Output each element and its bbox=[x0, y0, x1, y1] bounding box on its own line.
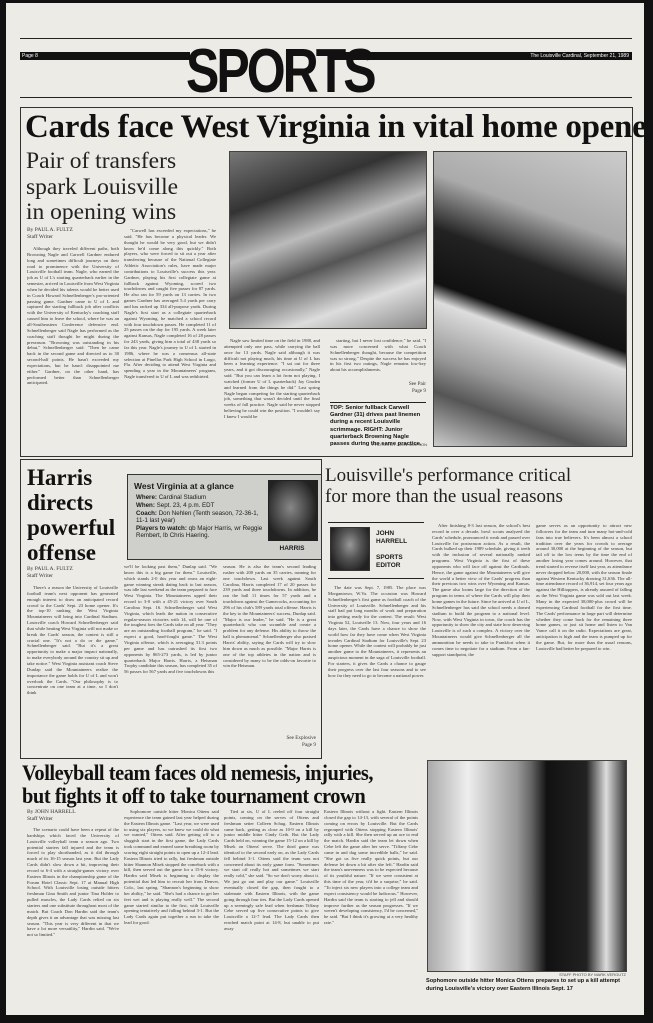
story1-photo-credit: PHOTOS BY JOHN SIMPSON bbox=[351, 442, 427, 447]
glance-title: West Virginia at a glance bbox=[134, 481, 234, 491]
headline-line: powerful bbox=[27, 515, 122, 540]
column-text-2: After finishing 8-3 last season, the sch… bbox=[432, 523, 530, 745]
body-text: There's a reason the University of Louis… bbox=[27, 585, 118, 696]
story3-headline: Volleyball team faces old nemesis, injur… bbox=[22, 761, 373, 807]
west-virginia-at-a-glance-box: West Virginia at a glance Where: Cardina… bbox=[127, 474, 322, 560]
body-text: Although they traveled different paths, … bbox=[27, 246, 119, 386]
story2-column-1: There's a reason the University of Louis… bbox=[27, 585, 118, 753]
story1-column-4: starting, but I never lost confidence," … bbox=[330, 338, 426, 380]
glance-label: Where: bbox=[136, 494, 157, 501]
section-title: SPORTS bbox=[186, 43, 331, 98]
story3-column-3: Tied at six, U of L reeled off four stra… bbox=[224, 809, 319, 1009]
story3-byline: By JOHN HARRELL Staff Writer bbox=[27, 809, 76, 823]
story3-column-4: Eastern Illinois without a fight. Easter… bbox=[324, 809, 418, 1009]
story2-jump: See Explosive Page 9 bbox=[246, 735, 316, 749]
glance-value: Cardinal Stadium bbox=[159, 494, 206, 501]
headline-line: spark Louisville bbox=[26, 175, 178, 201]
body-text: season. He is also the team's second lea… bbox=[223, 564, 316, 669]
headline-line: for more than the usual reasons bbox=[325, 486, 571, 507]
publication-date: The Louisville Cardinal, September 21, 1… bbox=[530, 53, 629, 59]
byline-name: By JOHN HARRELL bbox=[27, 809, 76, 816]
story2-headline: Harris directs powerful offense bbox=[27, 465, 122, 565]
story1-column-3: Nagle saw limited time on the field in 1… bbox=[224, 338, 320, 452]
byline-name: By PAUL A. FULTZ bbox=[27, 227, 73, 234]
column-text-1: The date was Sept. 7, 1985. The place wa… bbox=[328, 585, 426, 745]
body-text: starting, but I never lost confidence," … bbox=[330, 338, 426, 373]
author-box-top-rule bbox=[328, 522, 424, 523]
story1-headline: Pair of transfers spark Louisville in op… bbox=[26, 149, 178, 226]
story1-jump: See Pair Page 9 bbox=[356, 381, 426, 395]
volleyball-match-photo bbox=[427, 760, 627, 972]
jump-line: See Pair bbox=[356, 381, 426, 388]
jump-line: See Explosive bbox=[246, 735, 316, 742]
quarterback-passing-photo bbox=[433, 151, 627, 447]
headline-line: offense bbox=[27, 540, 122, 565]
body-text: The date was Sept. 7, 1985. The place wa… bbox=[328, 585, 426, 679]
author-title: SPORTS EDITOR bbox=[376, 554, 421, 569]
football-scrimmage-photo bbox=[229, 151, 427, 329]
body-text: we'll be looking past them," Dunlap said… bbox=[124, 564, 217, 675]
banner-headline: Cards face West Virginia in vital home o… bbox=[25, 109, 653, 146]
page-label: Page 8 bbox=[22, 53, 38, 59]
glance-label: Players to watch: bbox=[136, 525, 187, 532]
story1-column-1: Although they traveled different paths, … bbox=[27, 246, 119, 452]
story2-column-3: season. He is also the team's second lea… bbox=[223, 564, 316, 734]
story3-column-1: The scenario could have been a repeat of… bbox=[27, 827, 119, 1009]
headline-line: but fights it off to take tournament cro… bbox=[22, 784, 373, 807]
body-text: Sophomore outside hitter Monica Ottens s… bbox=[124, 809, 219, 926]
story1-column-2: "Carwell has exceeded my expectations," … bbox=[124, 228, 216, 452]
story2-column-2: we'll be looking past them," Dunlap said… bbox=[124, 564, 217, 753]
author-name: JOHN HARRELL bbox=[376, 530, 421, 545]
body-text: The scenario could have been a repeat of… bbox=[27, 827, 119, 938]
story3-photo-credit: STAFF PHOTO BY MARK VERGUTZ bbox=[526, 972, 626, 977]
headline-line: Harris bbox=[27, 465, 122, 490]
headline-line: in opening wins bbox=[26, 200, 178, 226]
harrell-headshot bbox=[330, 527, 370, 571]
body-text: Tied at six, U of L reeled off four stra… bbox=[224, 809, 319, 932]
byline-title: Staff Writer bbox=[27, 234, 73, 241]
glance-label: Coach: bbox=[136, 510, 157, 517]
story2-byline: By PAUL A. FULTZ Staff Writer bbox=[27, 566, 73, 580]
headline-line: Louisville's performance critical bbox=[325, 465, 571, 486]
harris-photo-label: HARRIS bbox=[268, 545, 316, 552]
masthead-bar-right: The Louisville Cardinal, September 21, 1… bbox=[328, 52, 632, 60]
glance-when: When: Sept. 23, 4 p.m. EDT bbox=[136, 502, 268, 509]
byline-title: Staff Writer bbox=[27, 816, 76, 823]
headline-line: directs bbox=[27, 490, 122, 515]
newspaper-page: Page 8 SPORTS The Louisville Cardinal, S… bbox=[6, 3, 644, 1015]
byline-title: Staff Writer bbox=[27, 573, 73, 580]
body-text: Nagle saw limited time on the field in 1… bbox=[224, 338, 320, 420]
jump-line: Page 9 bbox=[246, 742, 316, 749]
caption-rule bbox=[330, 402, 426, 403]
headline-line: Volleyball team faces old nemesis, injur… bbox=[22, 761, 373, 784]
story1-byline: By PAUL A. FULTZ Staff Writer bbox=[27, 227, 73, 241]
glance-value: Sept. 23, 4 p.m. EDT bbox=[157, 502, 215, 509]
masthead-bar-left: Page 8 bbox=[20, 52, 190, 60]
masthead-bottom-rule bbox=[20, 97, 632, 98]
glance-coach: Coach: Don Nehlen (Tenth season, 72-36-1… bbox=[136, 510, 268, 524]
headline-line: Pair of transfers bbox=[26, 149, 178, 175]
byline-name: By PAUL A. FULTZ bbox=[27, 566, 73, 573]
glance-where: Where: Cardinal Stadium bbox=[136, 494, 268, 501]
body-text: game serves as an opportunity to attract… bbox=[536, 523, 632, 652]
body-text: Eastern Illinois without a fight. Easter… bbox=[324, 809, 418, 926]
glance-label: When: bbox=[136, 502, 155, 509]
story3-column-2: Sophomore outside hitter Monica Ottens s… bbox=[124, 809, 219, 1009]
story3-photo-caption: Sophomore outside hitter Monica Ottens p… bbox=[426, 978, 631, 993]
glance-players: Players to watch: qb Major Harris, wr Re… bbox=[136, 525, 268, 539]
jump-line: Page 9 bbox=[356, 388, 426, 395]
body-text: "Carwell has exceeded my expectations," … bbox=[124, 228, 216, 380]
body-text: After finishing 8-3 last season, the sch… bbox=[432, 523, 530, 657]
author-box-bottom-rule bbox=[328, 578, 424, 579]
column-headline: Louisville's performance critical for mo… bbox=[325, 465, 571, 507]
harris-headshot bbox=[268, 480, 318, 541]
column-text-3: game serves as an opportunity to attract… bbox=[536, 523, 632, 745]
